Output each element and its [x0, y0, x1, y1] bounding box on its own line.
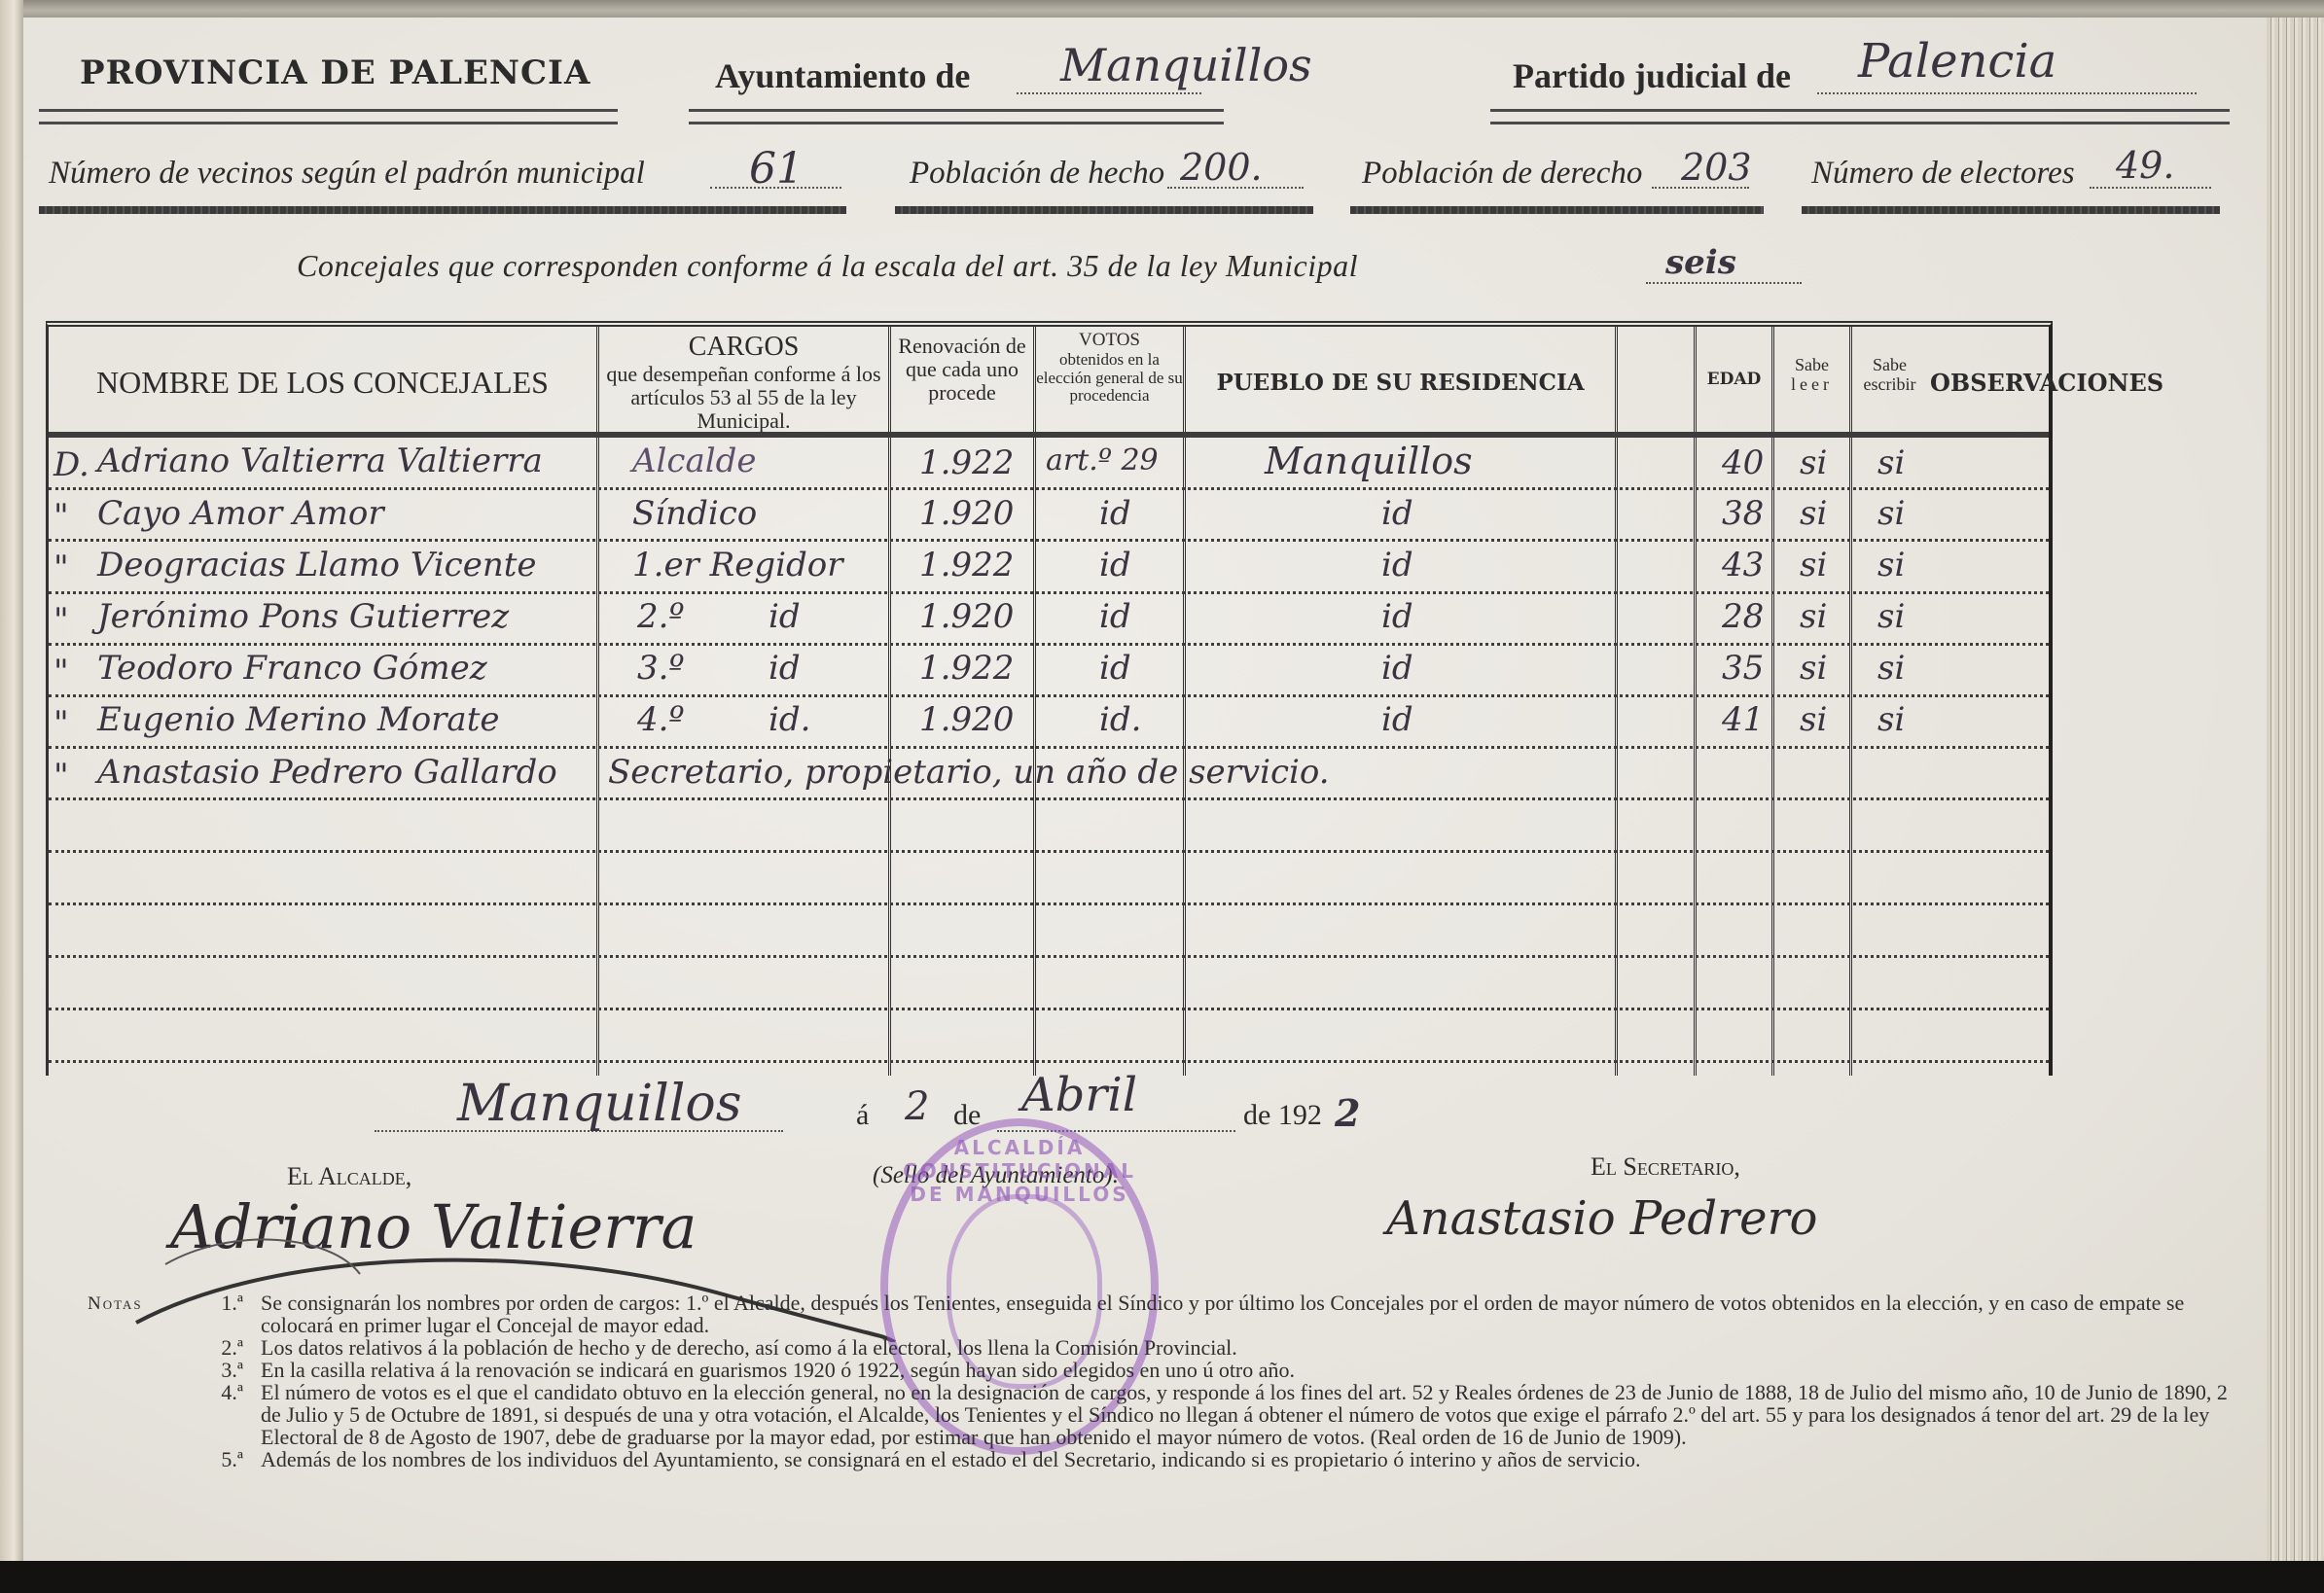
row-prefix: D. [54, 445, 89, 484]
year-prefix: de 192 [1243, 1099, 1322, 1132]
header-leer-title: Sabe [1774, 356, 1849, 375]
cell-pueblo: id [1381, 546, 1413, 584]
header-votos-title: VOTOS [1036, 331, 1183, 351]
divider [1802, 206, 2220, 214]
cell-escribir: si [1877, 700, 1905, 739]
cell-renovacion: 1.922 [919, 546, 1014, 584]
book-page-stack [2267, 18, 2324, 1574]
cell-leer: si [1800, 597, 1827, 636]
year-suffix: 2 [1335, 1091, 1360, 1135]
cell-leer: si [1800, 700, 1827, 739]
note-number: 2.ª [175, 1336, 261, 1359]
cell-pueblo: Manquillos [1265, 440, 1473, 482]
date-a-label: á [856, 1099, 869, 1132]
header-cargos: CARGOS que desempeñan conforme á los art… [599, 333, 888, 433]
concejales-table: NOMBRE DE LOS CONCEJALES CARGOS que dese… [46, 321, 2053, 1076]
cell-cargo: Síndico [632, 494, 757, 533]
cell-edad: 38 [1722, 494, 1764, 533]
divider [1490, 109, 2230, 124]
row-divider [49, 850, 2049, 853]
row-prefix: " [54, 757, 69, 796]
cell-leer: si [1800, 494, 1827, 533]
notes-section: 1.ª Se consignarán los nombres por orden… [175, 1292, 2237, 1470]
cell-edad: 28 [1722, 597, 1764, 636]
header-leer-sub: leer [1774, 375, 1849, 395]
electores-dotline [2090, 187, 2211, 189]
cell-votos: id [1099, 649, 1131, 688]
note-text: El número de votos es el que el candidat… [261, 1381, 2237, 1448]
concejales-label: Concejales que corresponden conforme á l… [297, 248, 1358, 284]
divider [689, 109, 1224, 124]
poblacion-hecho-value: 200. [1180, 146, 1263, 189]
cell-pueblo: id [1381, 494, 1413, 533]
cell-escribir: si [1877, 597, 1905, 636]
column-divider [596, 327, 599, 1076]
cell-escribir: si [1877, 546, 1905, 584]
column-divider [1771, 327, 1774, 1076]
notes-label: Notas [88, 1293, 143, 1315]
divider [895, 206, 1313, 214]
vecinos-label: Número de vecinos según el padrón munici… [49, 156, 645, 192]
electores-value: 49. [2116, 144, 2174, 187]
row-prefix: " [54, 497, 69, 536]
concejales-dotline [1646, 282, 1802, 284]
partido-value: Palencia [1858, 34, 2056, 88]
row-divider [49, 955, 2049, 958]
cell-leer: si [1800, 649, 1827, 688]
cell-nombre: Eugenio Merino Morate [97, 700, 499, 739]
cell-edad: 41 [1722, 700, 1764, 739]
partido-dotline [1817, 92, 2197, 94]
divider [1350, 206, 1764, 214]
column-divider [1694, 327, 1697, 1076]
row-prefix: " [54, 601, 69, 640]
note-number: 4.ª [175, 1381, 261, 1448]
row-divider [49, 1060, 2049, 1063]
row-prefix: " [54, 704, 69, 743]
row-prefix: " [54, 653, 69, 691]
cell-leer: si [1800, 546, 1827, 584]
row-divider [49, 643, 2049, 646]
column-divider [1033, 327, 1036, 1076]
header-cargos-title: CARGOS [599, 333, 888, 363]
cell-pueblo: id [1381, 597, 1413, 636]
cell-cargo: 2.º [637, 597, 684, 636]
cell-nombre: Cayo Amor Amor [97, 494, 384, 533]
divider [39, 206, 846, 214]
cell-leer: si [1800, 443, 1827, 482]
row-divider [49, 797, 2049, 800]
cell-renovacion: 1.922 [919, 649, 1014, 688]
cell-renovacion: 1.920 [919, 597, 1014, 636]
cell-nombre: Teodoro Franco Gómez [97, 649, 487, 688]
note-item: 5.ª Además de los nombres de los individ… [175, 1448, 2237, 1470]
cell-pueblo: id [1381, 700, 1413, 739]
ayuntamiento-value: Manquillos [1060, 39, 1312, 91]
note-item: 4.ª El número de votos es el que el cand… [175, 1381, 2237, 1448]
cell-renovacion: 1.920 [919, 494, 1014, 533]
note-text: Además de los nombres de los individuos … [261, 1448, 2237, 1470]
vecinos-value: 61 [749, 144, 804, 194]
header-bottom-rule [49, 432, 2049, 438]
header-votos-sub: obtenidos en la elección general de su p… [1036, 351, 1183, 406]
header-votos: VOTOS obtenidos en la elección general d… [1036, 331, 1183, 406]
cell-cargo-id: id [769, 649, 801, 688]
note-text: En la casilla relativa á la renovación s… [261, 1359, 2237, 1381]
cell-pueblo: id [1381, 649, 1413, 688]
cell-cargo: 1.er Regidor [632, 546, 842, 584]
row-divider [49, 746, 2049, 749]
cell-cargo-id: id. [769, 700, 810, 739]
cell-escribir: si [1877, 649, 1905, 688]
secretario-signature: Anastasio Pedrero [1386, 1191, 1817, 1246]
header-edad: EDAD [1697, 371, 1771, 389]
cell-secretario-nota: Secretario, propietario, un año de servi… [608, 753, 1330, 792]
note-number: 1.ª [175, 1292, 261, 1336]
cell-secretario-nombre: Anastasio Pedrero Gallardo [97, 753, 557, 792]
row-prefix: " [54, 549, 69, 587]
column-divider [1615, 327, 1618, 1076]
alcalde-label: El Alcalde, [287, 1162, 411, 1191]
header-cargos-sub: que desempeñan conforme á los artículos … [599, 363, 888, 434]
header-nombre: NOMBRE DE LOS CONCEJALES [49, 366, 596, 400]
place-value: Manquillos [457, 1075, 741, 1133]
row-divider [49, 1008, 2049, 1010]
secretario-label: El Secretario, [1591, 1152, 1740, 1182]
provincia-title: PROVINCIA DE PALENCIA [80, 53, 590, 92]
cell-cargo: Alcalde [632, 442, 757, 480]
column-divider [888, 327, 891, 1076]
background-dark [0, 1561, 2324, 1593]
cell-edad: 35 [1722, 649, 1764, 688]
header-leer: Sabe leer [1774, 356, 1849, 395]
cell-edad: 43 [1722, 546, 1764, 584]
header-observaciones: OBSERVACIONES [1930, 371, 2125, 396]
header-pueblo: PUEBLO DE SU RESIDENCIA [1186, 371, 1615, 395]
row-divider [49, 694, 2049, 697]
column-divider [1849, 327, 1852, 1076]
electores-label: Número de electores [1811, 156, 2075, 192]
cell-votos: id [1099, 546, 1131, 584]
cell-cargo-id: id [769, 597, 801, 636]
cell-escribir: si [1877, 494, 1905, 533]
cell-renovacion: 1.920 [919, 700, 1014, 739]
partido-label: Partido judicial de [1513, 55, 1791, 96]
header-renovacion: Renovación de que cada uno procede [891, 335, 1033, 406]
note-text: Los datos relativos á la población de he… [261, 1336, 2237, 1359]
row-divider [49, 487, 2049, 490]
poblacion-derecho-label: Población de derecho [1362, 156, 1642, 192]
column-divider [1183, 327, 1186, 1076]
header-escribir-sub: escribir [1852, 375, 1927, 395]
header-escribir-title: Sabe [1852, 356, 1927, 375]
poblacion-hecho-label: Población de hecho [910, 156, 1164, 192]
divider [39, 109, 618, 124]
cell-cargo: 3.º [637, 649, 684, 688]
cell-renovacion: 1.922 [919, 443, 1014, 482]
cell-escribir: si [1877, 443, 1905, 482]
book-left-edge [0, 0, 23, 1575]
poblacion-derecho-value: 203 [1681, 146, 1752, 189]
note-item: 2.ª Los datos relativos á la población d… [175, 1336, 2237, 1359]
note-number: 3.ª [175, 1359, 261, 1381]
cell-nombre: Adriano Valtierra Valtierra [97, 442, 543, 480]
cell-nombre: Jerónimo Pons Gutierrez [97, 597, 509, 636]
row-divider [49, 903, 2049, 905]
cell-votos: id [1099, 494, 1131, 533]
cell-nombre: Deogracias Llamo Vicente [97, 546, 537, 584]
month-value: Abril [1021, 1068, 1137, 1122]
cell-cargo: 4.º [637, 700, 684, 739]
note-item: 1.ª Se consignarán los nombres por orden… [175, 1292, 2237, 1336]
ayuntamiento-label: Ayuntamiento de [715, 55, 970, 96]
cell-votos: id [1099, 597, 1131, 636]
concejales-value: seis [1665, 243, 1736, 282]
row-divider [49, 539, 2049, 542]
cell-votos: id. [1099, 700, 1141, 739]
cell-edad: 40 [1722, 443, 1764, 482]
note-number: 5.ª [175, 1448, 261, 1470]
day-value: 2 [905, 1084, 929, 1129]
ayuntamiento-dotline [1017, 92, 1201, 94]
cell-votos: art.º 29 [1046, 443, 1159, 478]
note-item: 3.ª En la casilla relativa á la renovaci… [175, 1359, 2237, 1381]
row-divider [49, 591, 2049, 594]
note-text: Se consignarán los nombres por orden de … [261, 1292, 2237, 1336]
header-escribir: Sabe escribir [1852, 356, 1927, 395]
